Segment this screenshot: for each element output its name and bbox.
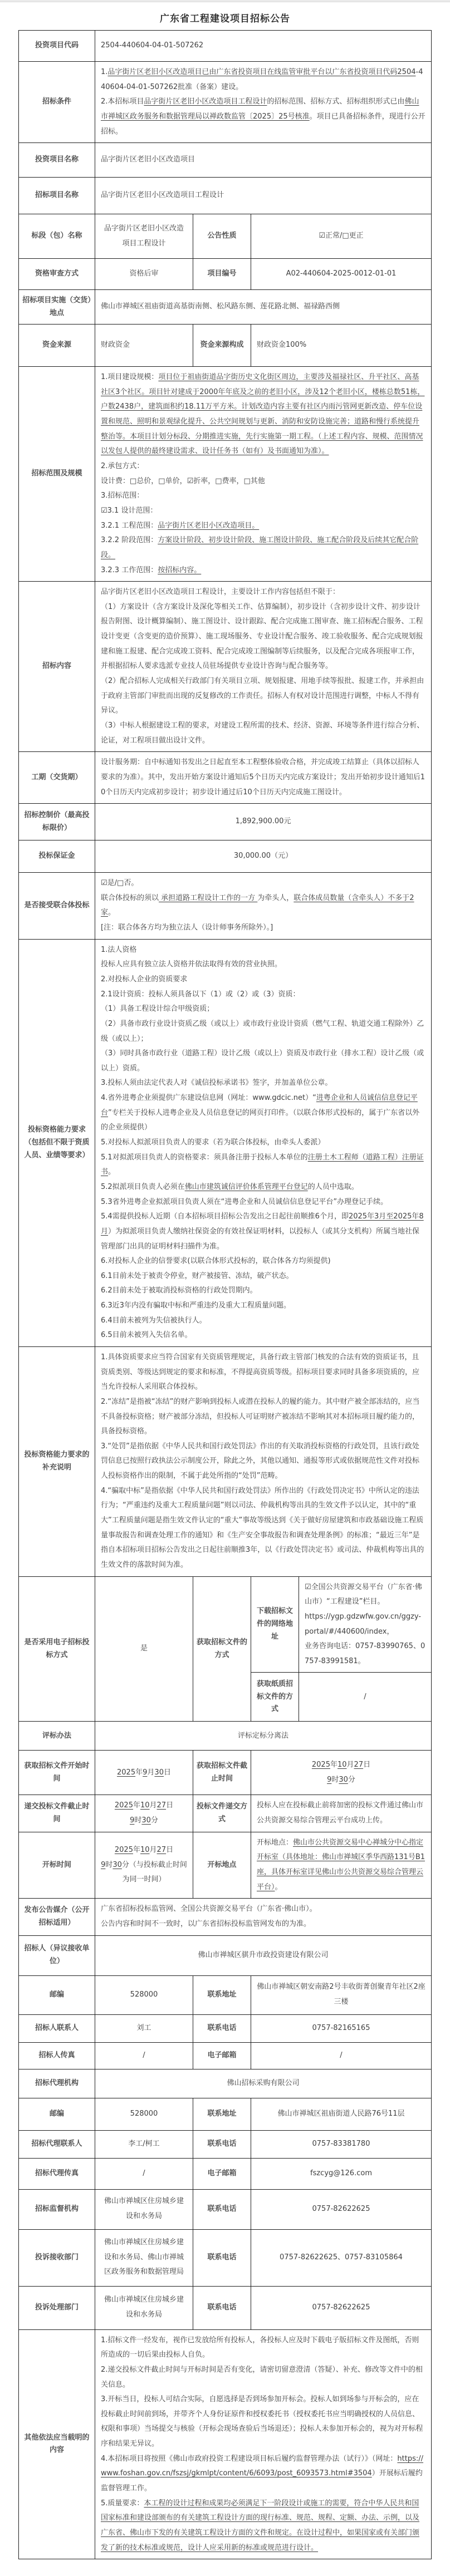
field-label: 联系电话 [193,2189,251,2229]
field-value: ☑是/□否。 联合体投标的须以 承担道路工程设计工作的一方 为牵头人，联合体成员… [95,873,432,940]
text-segment: 佛山招标采购有限公司 [227,2079,299,2087]
text-segment: 日 [363,1761,370,1769]
field-value: 开标地点：佛山市公共资源交易中心禅城分中心指定开标室（具体地址：佛山市禅城区季华… [251,1832,432,1899]
field-value: 2025年10月27日 9时30分（与投标截止时间为同一时间） [95,1832,193,1899]
text-segment: 财政资金 [101,341,130,349]
field-value: 2504-440604-04-01-507262 [95,31,432,62]
text-segment: / [143,2051,145,2059]
table-row: 招标控制价（最高投标限价）1,892,900.00元 [19,804,432,840]
text-segment: / [364,1693,366,1701]
text-segment: 30 [141,1816,151,1825]
text-segment: 月 [150,1846,157,1854]
text-segment: 开标地点 [207,1861,236,1869]
field-label: 联系电话 [193,2286,251,2329]
text-segment: 分 [348,1776,355,1784]
text-segment: 联系地址 [207,1990,236,1999]
text-segment: 日 [164,1768,171,1777]
row-label: 招标代理传真 [19,2158,95,2189]
text-segment: 分 [151,1816,158,1825]
table-row: 招标项目名称品字街片区老旧小区改造项目工程设计 [19,178,432,214]
row-label: 招标监督机构 [19,2189,95,2229]
row-label: 投资项目名称 [19,143,95,178]
text-segment: 2025 [115,1846,133,1854]
text-segment: 时 [105,1861,113,1869]
field-label: 获取招标文件的方式 [193,1576,251,1722]
text-segment: 2025 [115,1801,133,1810]
field-value: 1,892,900.00元 [95,804,432,840]
text-segment: 10 [140,1846,150,1854]
table-row: 招标代理传真/电子邮箱fszcyg@126.com [19,2158,432,2189]
row-label: 评标办法 [19,1722,95,1751]
text-segment: 1,892,900.00元 [236,817,291,825]
text-segment: 项目编号 [207,269,236,278]
field-value: 佛山市禅城区祖庙街道高基街南侧、松风路东侧、莲花路北侧、福禄路西侧 [95,290,432,325]
table-row: 是否接受联合体投标☑是/□否。 联合体投标的须以 承担道路工程设计工作的一方 为… [19,873,432,940]
text-segment: 评标定标分离法 [238,1732,288,1740]
row-label: 投诉处理部门 [19,2286,95,2329]
table-row: 工期（交货期）设计服务期：自中标通知书发出之日起直至本工程整体验收合格，并完成竣… [19,752,432,804]
text-segment: 年 [330,1761,338,1769]
text-segment: 月 [147,1768,154,1777]
text-segment: 投标文件递交方式 [197,1802,247,1823]
text-segment: 设计服务期：自中标通知书发出之日起直至本工程整体验收合格，并完成竣工结算止（具体… [101,758,425,796]
field-value: 0757-83381780 [251,2130,432,2158]
field-value: 品字街片区老旧小区改造项目工程设计 [95,214,193,259]
text-segment: 27 [354,1761,364,1769]
field-value: 佛山市禅城区骐升市政投资建设有限公司 [95,1935,432,1975]
field-label: 资金来源构成 [193,325,251,367]
row-label: 其他依法应当载明的内容 [19,2329,95,2559]
text-segment: 承担道路工程设计工作的一方 [159,894,257,902]
text-segment: 品字街片区老旧小区改造项目已由广东省投资项目在线监管审批平台以广东省投资项目代码… [107,68,415,76]
text-segment: 30 [339,1776,348,1784]
link-text[interactable]: https://ygp.gdzwfw.gov.cn/ggzy-portal/#/… [305,1613,421,1636]
text-segment: 27 [157,1801,167,1810]
table-row: 投资项目名称品字街片区老旧小区改造项目 [19,143,432,178]
table-row: 其他依法应当载明的内容1.招标文件一经发布，视作已发放给所有投标人，各投标人应及… [19,2329,432,2559]
field-value: 品字街片区老旧小区改造项目 [95,143,432,178]
field-value: 0757-82622625 [251,2286,432,2329]
table-body: 投资项目代码2504-440604-04-01-507262招标条件1.品字街片… [19,31,432,2559]
text-segment: 佛山市禅城区祖庙街道人民路76号11层 [277,2110,404,2118]
text-segment: 广东省招标投标监管网、全国公共资源交易平台（广东省·佛山市）。 公告内容和时间不… [101,1905,317,1928]
tender-announcement-table: 投资项目代码2504-440604-04-01-507262招标条件1.品字街片… [18,30,432,2559]
text-segment: 的招标范围、招标方式、招标组织形式已由 [267,97,404,106]
text-segment: 佛山市禅城区住房城乡建设和水务局 [104,2295,184,2319]
text-segment: 联系电话 [207,2205,236,2213]
text-segment: 年 [133,1846,140,1854]
text-segment: 。 [注：联合体各方均为独立法人（设计师事务所除外）。] [101,908,273,932]
table-row: 递交投标文件截止时间2025年10月27日 9时30分投标文件递交方式投标人应在… [19,1795,432,1832]
text-segment: 1.项目建设规模： [101,373,158,381]
text-segment: 资金来源构成 [200,341,243,349]
row-label: 发布公告媒介（公开招标适用） [19,1899,95,1935]
table-row: 投诉处理部门佛山市禅城区住房城乡建设和水务局联系电话0757-82622625 [19,2286,432,2329]
field-value: 0757-82165165 [251,2014,432,2042]
field-value: 财政资金100% [251,325,432,367]
text-segment: 1.具体资质要求应当符合国家有关资质管理规定，具备行政主管部门核发的合法有效的资… [101,1353,424,1569]
field-value: 佛山招标采购有限公司 [95,2069,432,2098]
field-label: 公告性质 [193,214,251,259]
table-row: 投标保证金30,000.00（元） [19,840,432,873]
text-segment: 获取纸质招标文件的方式 [257,1680,293,1714]
text-segment: 528000 [130,1990,158,1999]
text-segment: 品字街片区老旧小区改造项目。 [158,522,259,530]
text-segment: 按招标内容。 [158,566,201,574]
table-row: 资金来源财政资金资金来源构成财政资金100% [19,325,432,367]
text-segment: 开标地点： [257,1838,293,1847]
field-value: 佛山市禅城区朝安南路2号丰收街菁创聚青年社区2座三楼 [251,1975,432,2014]
text-segment: 日 [166,1801,173,1810]
text-segment: 联系电话 [207,2140,236,2148]
text-segment: ☑是/□否。 联合体投标的须以 [101,879,159,902]
row-label: 招标项目实施（交货）地点 [19,290,95,325]
text-segment: 分（与投标截止时间为同一时间） [122,1861,187,1884]
row-label: 标段（包）名称 [19,214,95,259]
field-label: 电子邮箱 [193,2042,251,2069]
text-segment: 年 [135,1768,143,1777]
row-label: 投资项目代码 [19,31,95,62]
field-value: 资格后审 [95,259,193,290]
field-label: 联系地址 [193,2098,251,2130]
text-segment: 年 [133,1801,140,1810]
field-label: 联系电话 [193,2014,251,2042]
text-segment: 10 [338,1761,347,1769]
text-segment: A02-440604-2025-0012-01-01 [286,269,397,278]
field-value: / [299,1673,432,1722]
table-row: 发布公告媒介（公开招标适用）广东省招标投标监管网、全国公共资源交易平台（广东省·… [19,1899,432,1935]
text-segment: 3.2.3 工作范围： [101,566,158,574]
row-label: 资格审查方式 [19,259,95,290]
field-value: 2025年10月27日 9时30分 [95,1795,193,1832]
text-segment: 项目位于祖庙街道品字街历史文化街区周边，主要涉及福禄社区、升平社区、高基社区3个… [101,373,424,455]
field-value: 财政资金 [95,325,193,367]
table-row: 邮编528000联系地址佛山市禅城区祖庙街道人民路76号11层 [19,2098,432,2130]
row-label: 招标条件 [19,62,95,143]
text-segment: 月 [347,1761,354,1769]
table-row: 招标范围及规模1.项目建设规模：项目位于祖庙街道品字街历史文化街区周边，主要涉及… [19,367,432,582]
field-value: 0757-82622625、0757-83105864 [251,2229,432,2286]
text-segment: 为牵头人， [257,894,294,902]
row-label: 获取招标文件开始时间 [19,1751,95,1795]
table-row: 招标人（异议接收单位）佛山市禅城区骐升市政投资建设有限公司 [19,1935,432,1975]
field-value: 1.招标文件一经发布，视作已发放给所有投标人，各投标人应及时下载电子版招标文件及… [95,2329,432,2559]
field-label: 下载招标文件的网络地址 [251,1576,299,1673]
text-segment: 刘工 [136,2024,151,2032]
text-segment: 10 [140,1801,150,1810]
table-row: 邮编528000联系地址佛山市禅城区朝安南路2号丰收街菁创聚青年社区2座三楼 [19,1975,432,2014]
field-value: 是 [95,1576,193,1722]
text-segment: 日 [166,1846,173,1854]
row-label: 招标人（异议接收单位） [19,1935,95,1975]
text-segment: 佛山市禅城区骐升市政投资建设有限公司 [198,1951,328,1959]
text-segment: 公告性质 [207,232,236,240]
field-label: 项目编号 [193,259,251,290]
text-segment: 0757-82165165 [312,2024,370,2032]
field-value: ☑全国公共资源交易平台（广东省·佛山市）“工程建设”栏目。 https://yg… [299,1576,432,1673]
text-segment: 30 [154,1768,164,1777]
text-segment: 品字街片区老旧小区改造项目工程设计 [101,191,224,199]
field-value: 1.品字街片区老旧小区改造项目已由广东省投资项目在线监管审批平台以广东省投资项目… [95,62,432,143]
text-segment: 时 [134,1816,141,1825]
row-label: 资金来源 [19,325,95,367]
text-segment: 品字街片区老旧小区改造项目工程设计 [104,224,184,248]
field-value: 投标人应在投标截止前将加密的投标文件通过佛山市公共资源交易综合管理云平台成功上传… [251,1795,432,1832]
text-segment: 时 [331,1776,339,1784]
table-row: 投标资格能力要求（包括但不限于资质人员、业绩等要求）1.法人资格 投标人应具有独… [19,939,432,1346]
text-segment: 资格后审 [129,269,158,278]
field-value: / [95,2158,193,2189]
field-value: 品字街片区老旧小区改造项目工程设计，主要设计工作内容包括但不限于： （1）方案设… [95,582,432,752]
text-segment: 30 [113,1861,122,1869]
field-value: 2025年9月30日 [95,1751,193,1795]
row-label: 招标代理机构 [19,2069,95,2098]
table-row: 资格审查方式资格后审项目编号A02-440604-2025-0012-01-01 [19,259,432,290]
table-row: 招标监督机构佛山市禅城区住房城乡建设和水务局联系电话0757-82622625 [19,2189,432,2229]
row-label: 投诉接收部门 [19,2229,95,2286]
row-label: 招标控制价（最高投标限价） [19,804,95,840]
text-segment: 联系电话 [207,2303,236,2312]
text-segment: 0757-82622625 [312,2205,370,2213]
row-label: 投标资格能力要求（包括但不限于资质人员、业绩等要求） [19,939,95,1346]
field-label: 获取招标文件截止时间 [193,1751,251,1795]
table-row: 招标人联系人刘工联系电话0757-82165165 [19,2014,432,2042]
table-row: 标段（包）名称品字街片区老旧小区改造项目工程设计公告性质☑正常/□更正 [19,214,432,259]
text-segment: 下载招标文件的网络地址 [257,1607,293,1641]
table-row: 招标代理机构佛山招标采购有限公司 [19,2069,432,2098]
text-segment: 1. [101,68,107,76]
text-segment: 0757-83381780 [312,2140,370,2148]
text-segment: 佛山市禅城区住房城乡建设和水务局 [104,2197,184,2220]
field-value: A02-440604-2025-0012-01-01 [251,259,432,290]
text-segment: 财政资金100% [257,341,306,349]
text-segment: 品字街片区老旧小区改造项目工程设计 [144,97,267,106]
field-value: 1.具体资质要求应当符合国家有关资质管理规定，具备行政主管部门核发的合法有效的资… [95,1347,432,1577]
field-label: 联系电话 [193,2229,251,2286]
text-segment: 2025 [117,1768,135,1777]
table-row: 招标代理联系人李工/柯工联系电话0757-83381780 [19,2130,432,2158]
row-label: 邮编 [19,2098,95,2130]
table-row: 投诉接收部门佛山市禅城区住房城乡建设和水务局、佛山市禅城区政务服务和数据管理局联… [19,2229,432,2286]
field-label: 联系电话 [193,2130,251,2158]
row-label: 邮编 [19,1975,95,2014]
table-row: 开标时间2025年10月27日 9时30分（与投标截止时间为同一时间）开标地点开… [19,1832,432,1899]
table-row: 招标内容品字街片区老旧小区改造项目工程设计，主要设计工作内容包括但不限于： （1… [19,582,432,752]
text-segment: / [143,2169,145,2177]
text-segment: 佛山市建筑诚信评价体系管理平台登记 [185,1183,308,1191]
row-label: 招标内容 [19,582,95,752]
field-label: 电子邮箱 [193,2158,251,2189]
field-value: 广东省招标投标监管网、全国公共资源交易平台（广东省·佛山市）。 公告内容和时间不… [95,1899,432,1935]
row-label: 是否接受联合体投标 [19,873,95,940]
text-segment: ☑全国公共资源交易平台（广东省·佛山市）“工程建设”栏目。 [305,1583,422,1606]
field-value: 528000 [95,2098,193,2130]
text-segment: 获取招标文件的方式 [197,1638,247,1659]
text-segment: 电子邮箱 [207,2051,236,2059]
text-segment: 。 [275,1883,282,1891]
row-label: 开标时间 [19,1832,95,1899]
text-segment: 1.法人资格 投标人应具有独立法人资格并依法取得有效的营业执照。 2.对投标人企… [101,946,424,1102]
field-value: 1.法人资格 投标人应具有独立法人资格并依法取得有效的营业执照。 2.对投标人企… [95,939,432,1346]
text-segment: 联系电话 [207,2024,236,2032]
field-value: 佛山市禅城区住房城乡建设和水务局 [95,2286,193,2329]
row-label: 工期（交货期） [19,752,95,804]
top-divider [0,0,450,2]
field-value: 528000 [95,1975,193,2014]
field-value: 佛山市禅城区住房城乡建设和水务局 [95,2189,193,2229]
field-value: fszcyg@126.com [251,2158,432,2189]
text-segment: 27 [157,1846,167,1854]
field-value: 2025年10月27日 9时30分 [251,1751,432,1795]
row-label: 招标人联系人 [19,2014,95,2042]
field-value: ☑正常/□更正 [251,214,432,259]
field-value: / [95,2042,193,2069]
text-segment: 月 [150,1801,157,1810]
page-title: 广东省工程建设项目招标公告 [0,11,450,24]
text-segment: 品字街片区老旧小区改造项目 [101,155,195,164]
text-segment: 联系地址 [207,2110,236,2118]
text-segment: ）为拟派项目负责人缴纳社保资金的有效社保证明材料，以投标人（或其分支机构）所属当… [101,1227,419,1339]
text-segment: 0757-82622625、0757-83105864 [280,2253,403,2262]
field-label: 获取纸质招标文件的方式 [251,1673,299,1722]
table-row: 评标办法评标定标分离法 [19,1722,432,1751]
field-value: 1.项目建设规模：项目位于祖庙街道品字街历史文化街区周边，主要涉及福禄社区、升平… [95,367,432,582]
text-segment: 电子邮箱 [207,2169,236,2177]
text-segment: 2.承包方式： 设计费：□总价，□单价，☑折率，□费率，□其他 3.招标范围： … [101,462,265,530]
table-row: 招标项目实施（交货）地点佛山市禅城区祖庙街道高基街南侧、松风路东侧、莲花路北侧、… [19,290,432,325]
table-row: 投标资格能力要求的补充说明1.具体资质要求应当符合国家有关资质管理规定，具备行政… [19,1347,432,1577]
field-value: 佛山市禅城区住房城乡建设和水务局、佛山市禅城区政务服务和数据管理局 [95,2229,193,2286]
text-segment: 528000 [130,2110,158,2118]
text-segment: 3.2.2 阶段范围： [101,536,158,544]
field-value: 刘工 [95,2014,193,2042]
field-value: 30,000.00（元） [95,840,432,873]
text-segment: 获取招标文件截止时间 [197,1762,247,1783]
row-label: 是否采用电子招标投标方式 [19,1576,95,1722]
table-row: 招标条件1.品字街片区老旧小区改造项目已由广东省投资项目在线监管审批平台以广东省… [19,62,432,143]
text-segment: ☑正常/□更正 [319,232,363,240]
text-segment: / [340,2051,342,2059]
text-segment: 品字街片区老旧小区改造项目工程设计，主要设计工作内容包括但不限于： （1）方案设… [101,588,424,744]
table-row: 招标人传真/电子邮箱/ [19,2042,432,2069]
field-value: 李工/柯工 [95,2130,193,2158]
row-label: 投标资格能力要求的补充说明 [19,1347,95,1577]
text-segment: 联系电话 [207,2253,236,2262]
text-segment: 30,000.00（元） [234,852,292,860]
field-label: 联系地址 [193,1975,251,2014]
text-segment: 投标人应在投标截止前将加密的投标文件通过佛山市公共资源交易综合管理云平台成功上传… [257,1801,423,1825]
table-row: 投资项目代码2504-440604-04-01-507262 [19,31,432,62]
row-label: 招标人传真 [19,2042,95,2069]
text-segment: 2025 [312,1761,330,1769]
field-value: / [251,2042,432,2069]
text-segment: 李工/柯工 [128,2140,159,2148]
row-label: 招标项目名称 [19,178,95,214]
text-segment: 佛山市禅城区住房城乡建设和水务局、佛山市禅城区政务服务和数据管理局 [104,2238,184,2276]
field-value: 评标定标分离法 [95,1722,432,1751]
text-segment: 本工程的设计过程和成果均必须满足下一阶段设计或施工的需要，符合中华人民共和国国家… [101,2499,419,2552]
field-label: 投标文件递交方式 [193,1795,251,1832]
table-row: 获取招标文件开始时间2025年9月30日获取招标文件截止时间2025年10月27… [19,1751,432,1795]
field-value: 品字街片区老旧小区改造项目工程设计 [95,178,432,214]
row-label: 投标保证金 [19,840,95,873]
field-value: 佛山市禅城区祖庙街道人民路76号11层 [251,2098,432,2130]
row-label: 招标代理联系人 [19,2130,95,2158]
text-segment: 1.招标文件一经发布，视作已发放给所有投标人，各投标人应及时下载电子版招标文件及… [101,2336,423,2463]
text-segment: 是 [140,1644,148,1653]
row-label: 递交投标文件截止时间 [19,1795,95,1832]
field-value: 0757-82622625 [251,2189,432,2229]
row-label: 招标范围及规模 [19,367,95,582]
text-segment: 。 5.2拟派项目负责人必须在 [101,1168,185,1191]
text-segment: 佛山市禅城区祖庙街道高基街南侧、松风路东侧、莲花路北侧、福禄路西侧 [101,302,340,311]
text-segment: 0757-82622625 [312,2303,370,2312]
text-segment: 佛山市禅城区朝安南路2号丰收街菁创聚青年社区2座三楼 [257,1983,425,2006]
field-label: 开标地点 [193,1832,251,1899]
table-row: 是否采用电子招标投标方式是获取招标文件的方式下载招标文件的网络地址☑全国公共资源… [19,1576,432,1673]
field-value: 设计服务期：自中标通知书发出之日起直至本工程整体验收合格，并完成竣工结算止（具体… [95,752,432,804]
text-segment: fszcyg@126.com [310,2169,372,2177]
text-segment: 2504-440604-04-01-507262 [101,41,203,50]
